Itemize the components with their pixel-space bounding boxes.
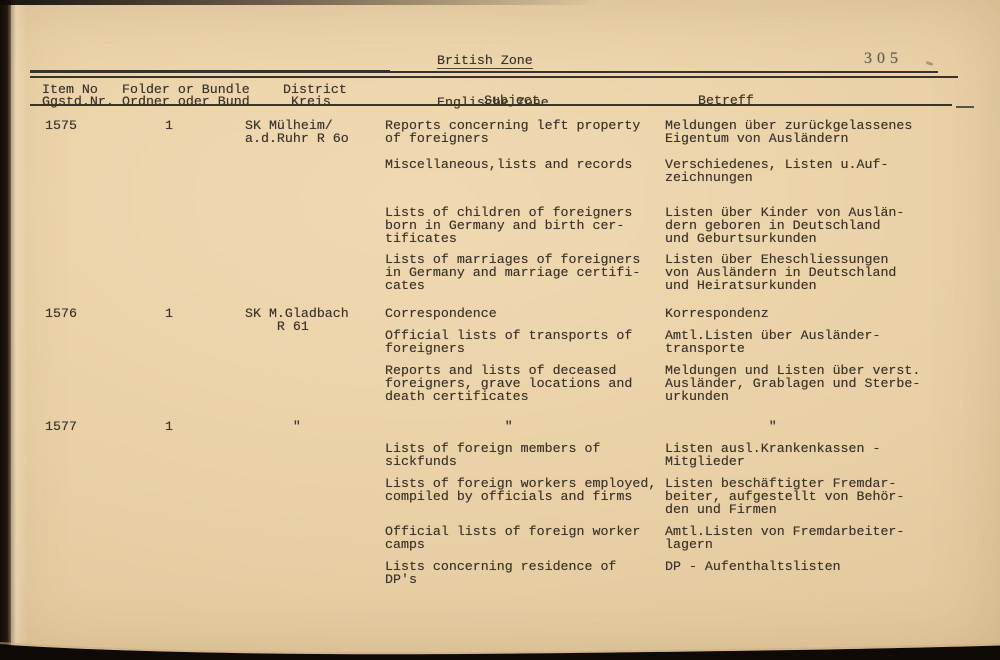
district-cell: SK Mülheim/a.d.Ruhr R 6o <box>245 119 385 145</box>
text-line: DP - Aufenthaltslisten <box>665 560 1000 573</box>
column-header-folder-de: Ordner oder Bund <box>122 95 250 108</box>
text-line: a.d.Ruhr R 6o <box>245 132 385 145</box>
text-line: " <box>385 420 665 433</box>
subject-betreff-entry: Lists concerning residence ofDP'sDP - Au… <box>385 560 1000 586</box>
text-line: 1576 <box>45 307 165 320</box>
text-line: foreigners <box>385 342 665 355</box>
text-line: transporte <box>665 342 1000 355</box>
text-line: und Heiratsurkunden <box>665 279 1000 292</box>
text-line: DP's <box>385 573 665 586</box>
subject-cell: Official lists of foreign workercamps <box>385 525 665 551</box>
column-header-item-no-de: Ggstd.Nr. <box>42 95 114 108</box>
text-line: Correspondence <box>385 307 665 320</box>
betreff-cell: Verschiedenes, Listen u.Auf-zeichnungen <box>665 158 1000 184</box>
subject-cell: Correspondence <box>385 307 665 320</box>
table-row: 15751SK Mülheim/a.d.Ruhr R 6oReports con… <box>45 119 1000 292</box>
text-line: 1575 <box>45 119 165 132</box>
entries-cell: Reports concerning left propertyof forei… <box>385 119 1000 292</box>
subject-betreff-entry: Lists of foreign members ofsickfundsList… <box>385 442 1000 468</box>
text-line: Mitglieder <box>665 455 1000 468</box>
folder-cell: 1 <box>165 307 245 320</box>
subject-betreff-entry: Lists of foreign workers employed,compil… <box>385 477 1000 516</box>
folder-cell: 1 <box>165 119 245 132</box>
betreff-cell: DP - Aufenthaltslisten <box>665 560 1000 573</box>
item-no-cell: 1577 <box>45 420 165 433</box>
entries-cell: " "Lists of foreign members ofsickfundsL… <box>385 420 1000 586</box>
stray-ink-mark <box>926 61 934 66</box>
text-line: " <box>665 420 1000 433</box>
text-line: death certificates <box>385 390 665 403</box>
betreff-cell: Amtl.Listen über Ausländer-transporte <box>665 329 1000 355</box>
subject-betreff-entry: Official lists of foreign workercampsAmt… <box>385 525 1000 551</box>
scan-top-edge <box>0 0 1000 5</box>
subject-cell: Official lists of transports offoreigner… <box>385 329 665 355</box>
column-header-district-de: Kreis <box>291 95 331 108</box>
text-line: tificates <box>385 232 665 245</box>
subject-betreff-entry: Reports and lists of deceasedforeigners,… <box>385 364 1000 403</box>
text-line: den und Firmen <box>665 503 1000 516</box>
text-line: Amtl.Listen von Fremdarbeiter- <box>665 525 1000 538</box>
zone-title-english: British Zone <box>437 54 533 69</box>
text-line: R 61 <box>245 320 385 333</box>
subject-cell: Lists concerning residence ofDP's <box>385 560 665 586</box>
text-line: in Germany and marriage certifi- <box>385 266 665 279</box>
betreff-cell: Listen ausl.Krankenkassen -Mitglieder <box>665 442 1000 468</box>
betreff-cell: Korrespondenz <box>665 307 1000 320</box>
betreff-cell: Meldungen und Listen über verst.Auslände… <box>665 364 1000 403</box>
column-header-subject: Subject <box>484 94 540 107</box>
header-rule-dash <box>956 106 974 108</box>
subject-betreff-entry: " " <box>385 420 1000 433</box>
page-crease-highlight <box>11 0 27 660</box>
text-line: 1 <box>165 307 245 320</box>
document-page: British Zone Englische Zone 305 Item No … <box>0 0 1000 660</box>
betreff-cell: Meldungen über zurückgelassenesEigentum … <box>665 119 1000 145</box>
text-line: und Geburtsurkunden <box>665 232 1000 245</box>
text-line: Miscellaneous,lists and records <box>385 158 665 171</box>
subject-cell: Lists of foreign workers employed,compil… <box>385 477 665 503</box>
subject-cell: Reports concerning left propertyof forei… <box>385 119 665 145</box>
subject-betreff-entry: Reports concerning left propertyof forei… <box>385 119 1000 145</box>
subject-betreff-entry: Official lists of transports offoreigner… <box>385 329 1000 355</box>
top-rule-line <box>30 76 958 78</box>
betreff-cell: Listen beschäftigter Fremdar-beiter, auf… <box>665 477 1000 516</box>
table-row: 15771 " " "Lists of foreign members ofsi… <box>45 420 1000 586</box>
subject-cell: " <box>385 420 665 433</box>
district-cell: " <box>245 420 385 433</box>
betreff-cell: Listen über Kinder von Auslän-dern gebor… <box>665 206 1000 245</box>
text-line: 1 <box>165 420 245 433</box>
text-line: Lists concerning residence of <box>385 560 665 573</box>
folder-cell: 1 <box>165 420 245 433</box>
item-no-cell: 1575 <box>45 119 165 132</box>
column-header-betreff: Betreff <box>698 94 754 107</box>
betreff-cell: " <box>665 420 1000 433</box>
text-line: lagern <box>665 538 1000 551</box>
text-line: of foreigners <box>385 132 665 145</box>
subject-betreff-entry: Lists of marriages of foreignersin Germa… <box>385 253 1000 292</box>
text-line: camps <box>385 538 665 551</box>
text-line: 1577 <box>45 420 165 433</box>
scan-bottom-edge <box>0 630 1000 660</box>
subject-cell: Miscellaneous,lists and records <box>385 158 665 171</box>
text-line: compiled by officials and firms <box>385 490 665 503</box>
subject-betreff-entry: Miscellaneous,lists and recordsVerschied… <box>385 158 1000 184</box>
top-rule-line <box>30 70 390 72</box>
subject-cell: Lists of foreign members ofsickfunds <box>385 442 665 468</box>
text-line: sickfunds <box>385 455 665 468</box>
text-line: Eigentum von Ausländern <box>665 132 1000 145</box>
entries-cell: CorrespondenceKorrespondenzOfficial list… <box>385 307 1000 403</box>
district-cell: SK M.Gladbach R 61 <box>245 307 385 333</box>
item-no-cell: 1576 <box>45 307 165 320</box>
subject-betreff-entry: Lists of children of foreignersborn in G… <box>385 206 1000 245</box>
text-line: zeichnungen <box>665 171 1000 184</box>
table-rows: 15751SK Mülheim/a.d.Ruhr R 6oReports con… <box>45 119 1000 586</box>
page-number: 305 <box>864 50 903 68</box>
subject-cell: Reports and lists of deceasedforeigners,… <box>385 364 665 403</box>
text-line: urkunden <box>665 390 1000 403</box>
table-row: 15761SK M.Gladbach R 61CorrespondenceKor… <box>45 307 1000 403</box>
subject-cell: Lists of children of foreignersborn in G… <box>385 206 665 245</box>
text-line: 1 <box>165 119 245 132</box>
betreff-cell: Amtl.Listen von Fremdarbeiter-lagern <box>665 525 1000 551</box>
subject-cell: Lists of marriages of foreignersin Germa… <box>385 253 665 292</box>
text-line: Korrespondenz <box>665 307 1000 320</box>
text-line: " <box>245 420 385 433</box>
subject-betreff-entry: CorrespondenceKorrespondenz <box>385 307 1000 320</box>
text-line: Official lists of foreign worker <box>385 525 665 538</box>
betreff-cell: Listen über Eheschliessungenvon Auslände… <box>665 253 1000 292</box>
text-line: cates <box>385 279 665 292</box>
